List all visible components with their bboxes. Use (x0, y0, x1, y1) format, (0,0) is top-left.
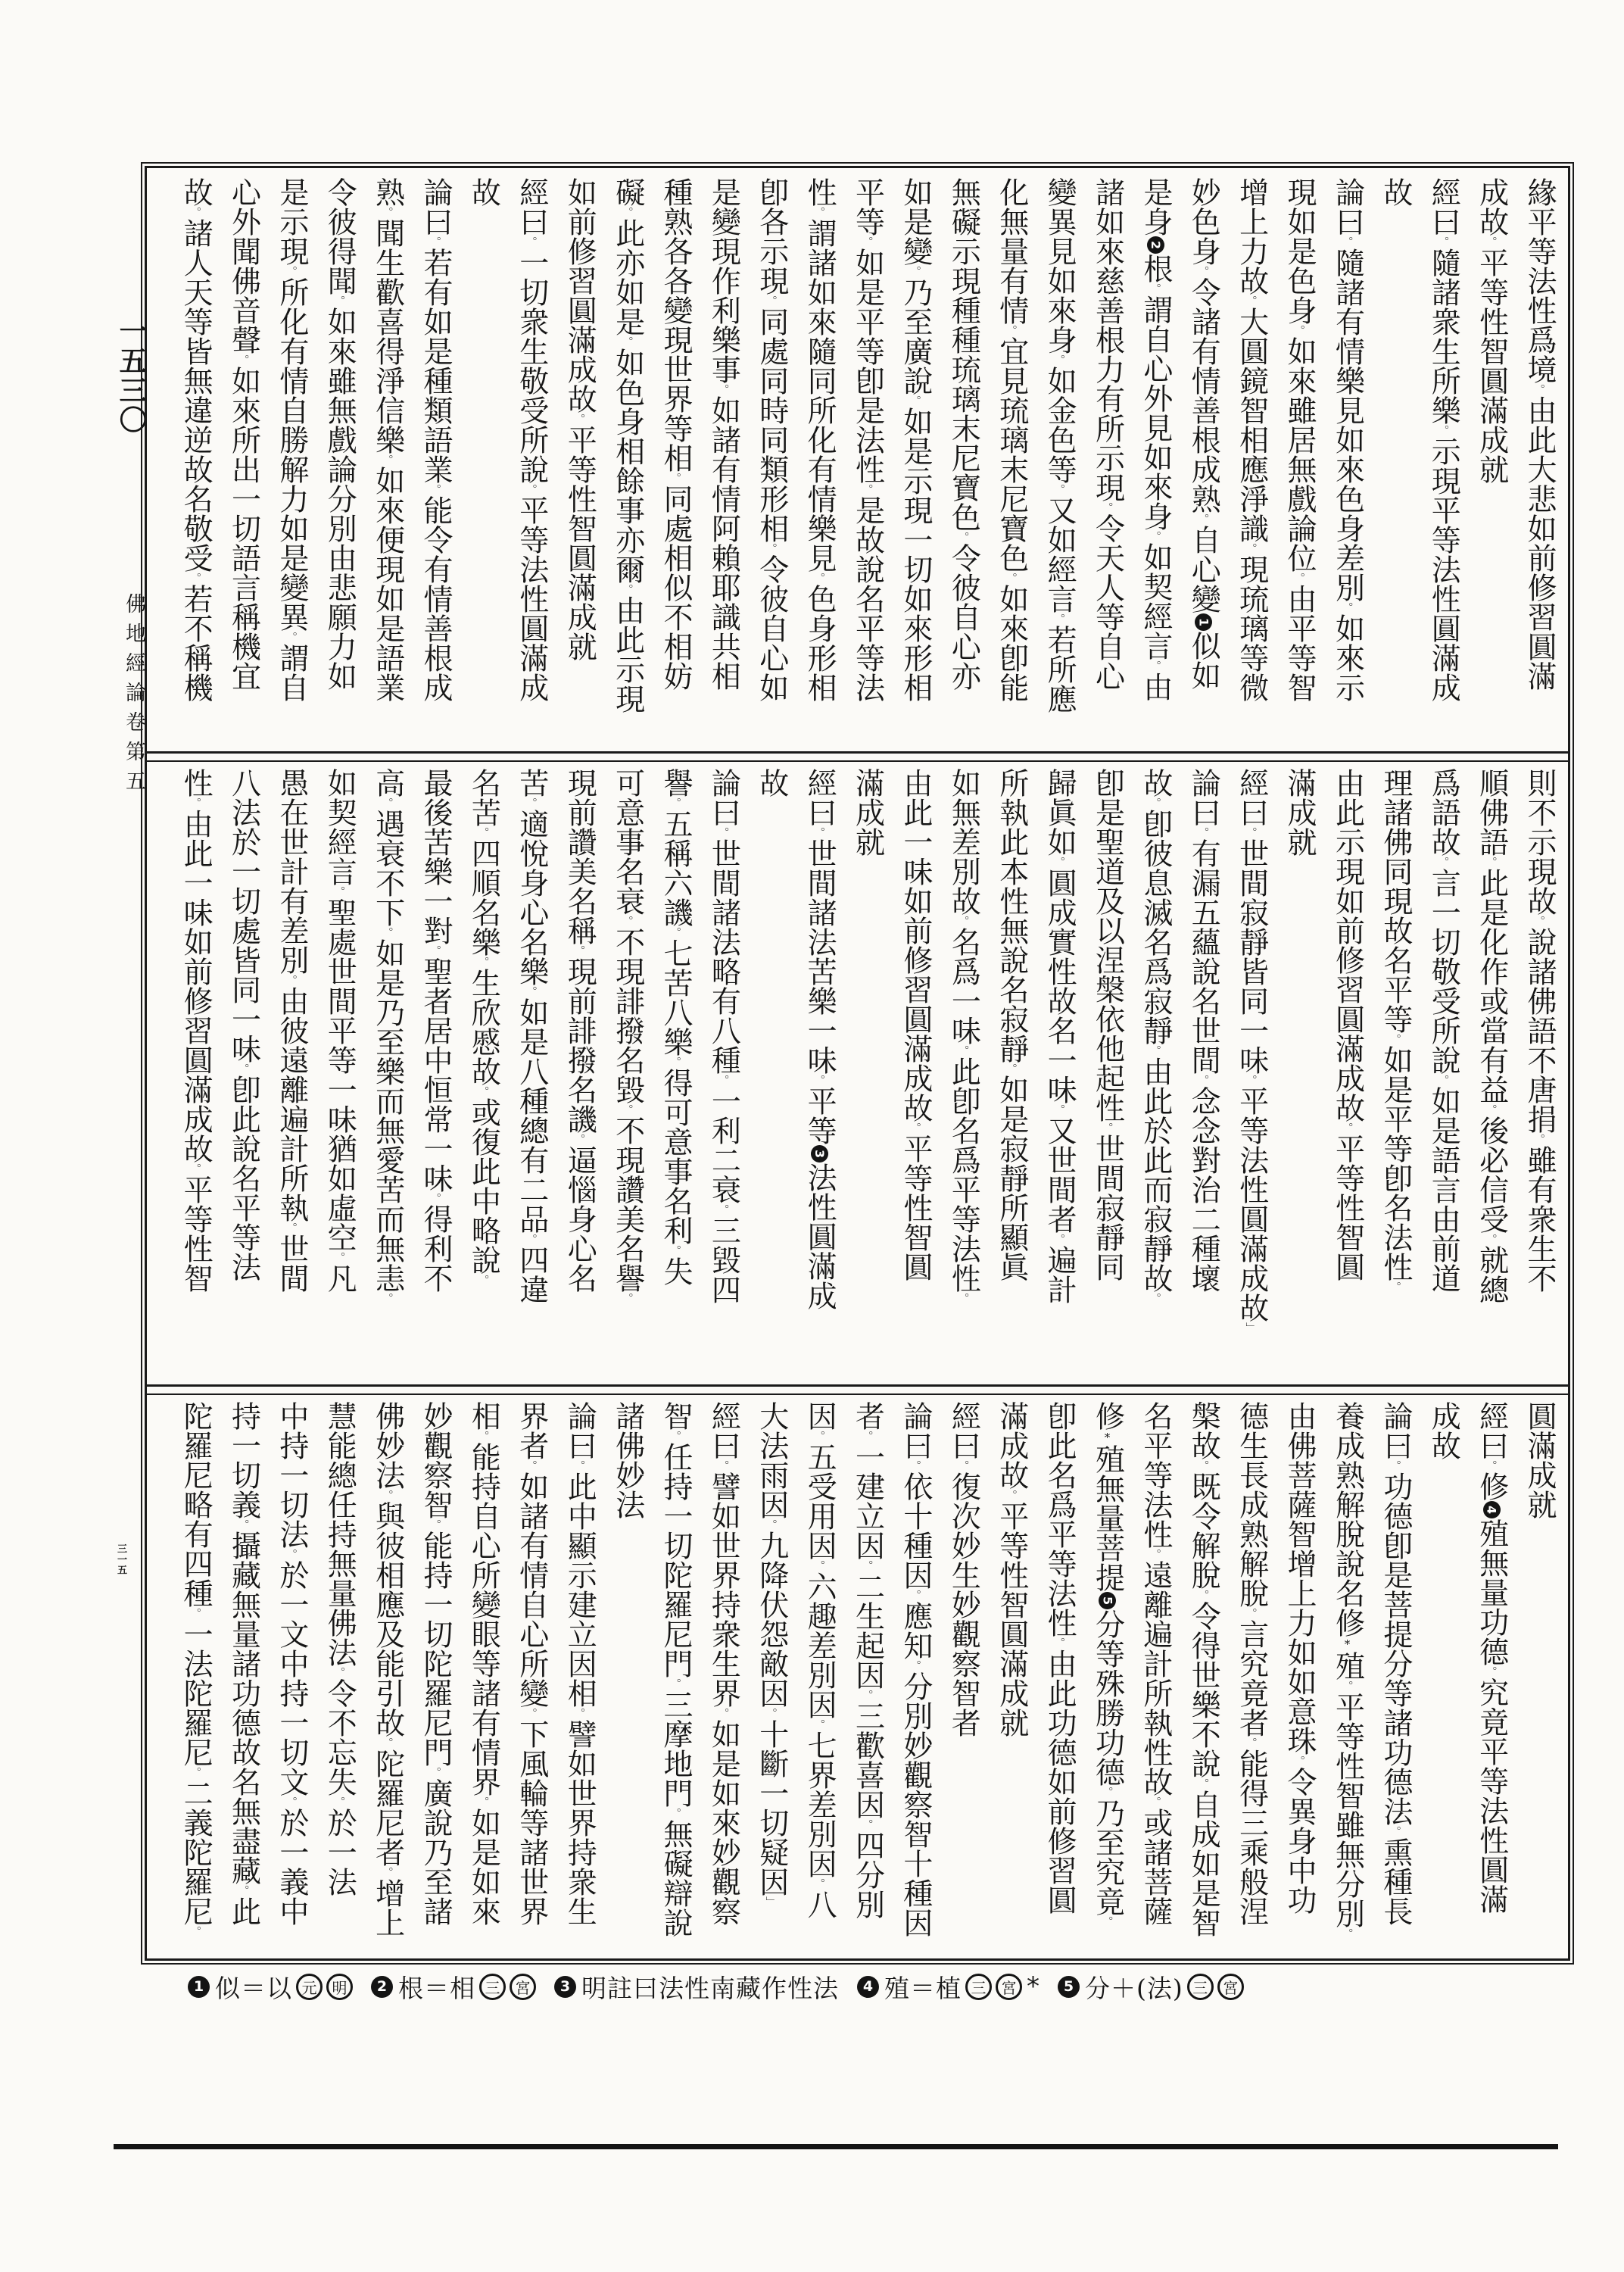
text-column: 論曰。若有如是種類語業。能令有情善根成 (412, 177, 460, 751)
text-column: 經曰。世間諸法苦樂一味。平等3法性圓滿成 (796, 768, 843, 1384)
text-column: 成故 (1420, 1401, 1467, 1958)
punctuation: 。 (861, 1431, 874, 1442)
text-column: 者。一建立因。二生起因。三歡喜因。四分別 (843, 1401, 891, 1958)
page-frame-inner: 緣平等法性爲境。由此大悲如前修習圓滿成故。平等性智圓滿成就經曰。隨諸衆生所樂。示… (145, 166, 1570, 1961)
text-column: 故。諸人天等皆無違逆故名敬受。若不稱機 (172, 177, 220, 751)
punctuation: 。 (1389, 1826, 1402, 1837)
text-column: 故 (460, 177, 507, 751)
text-column: 慧能總任持無量佛法。令不忘失。於一法 (316, 1401, 363, 1958)
punctuation: 。 (1340, 1122, 1354, 1134)
punctuation: 。 (716, 1460, 730, 1471)
text-column: 心外聞佛音聲。如來所出一切語言稱機宜 (220, 177, 267, 751)
punctuation: 。 (1149, 531, 1162, 542)
page-frame: 緣平等法性爲境。由此大悲如前修習圓滿成故。平等性智圓滿成就經曰。隨諸衆生所樂。示… (141, 162, 1574, 1965)
text-column: 故 (1371, 177, 1419, 751)
punctuation: 。 (332, 886, 346, 897)
punctuation: 。 (716, 1075, 730, 1086)
punctuation: 。 (956, 916, 970, 927)
text-column: 理諸佛同現故名平等。如是平等卽名法性。 (1371, 768, 1419, 1384)
punctuation: 。 (381, 207, 394, 218)
footnote-text: 似＝以 (215, 1969, 292, 2005)
punctuation: 。 (525, 1234, 538, 1245)
text-column: 如無差別故。名爲一味。此卽名爲平等法性。 (940, 768, 987, 1384)
scanned-sutra-page: 一五三〇 佛地經論卷第五 三一五 緣平等法性爲境。由此大悲如前修習圓滿成故。平等… (0, 0, 1624, 2272)
punctuation: 。 (669, 1056, 682, 1068)
text-column: 論曰。功德卽是菩提分等諸功德法。熏種長 (1371, 1401, 1419, 1958)
punctuation: * (1340, 1637, 1354, 1651)
punctuation: 。 (285, 1549, 298, 1560)
footnote-item: 5分＋(法)三宮 (1058, 1969, 1244, 2005)
punctuation: 。 (332, 1796, 346, 1808)
text-column: 最後苦樂一對。聖者居中恒常一味。得利不 (412, 768, 460, 1384)
punctuation: 。 (812, 1719, 826, 1731)
punctuation: 。 (332, 1252, 346, 1263)
punctuation: 。 (765, 543, 778, 554)
text-column: 大法雨因。九降伏怨敵因。十斷一切疑因」 (747, 1401, 795, 1958)
punctuation: 。 (861, 1690, 874, 1701)
text-column: 卽是聖道及以涅槃依他起性。世間寂靜同 (1083, 768, 1131, 1384)
text-column: 論曰。有漏五蘊說名世間。念念對治二種壞 (1180, 768, 1227, 1384)
text-column: 養成熟解脫說名修*殖。平等性智雖無分別。 (1323, 1401, 1371, 1958)
punctuation: 。 (1052, 484, 1066, 495)
punctuation: 。 (1149, 283, 1162, 295)
punctuation: 。 (1005, 325, 1018, 336)
punctuation: 。 (1052, 857, 1066, 868)
punctuation: 。 (189, 207, 202, 218)
punctuation: 。 (669, 797, 682, 809)
punctuation: 。 (429, 1767, 442, 1778)
punctuation: 。 (1292, 325, 1306, 336)
footnote-number-icon: 2 (371, 1976, 393, 1998)
punctuation: 。 (285, 266, 298, 277)
punctuation: 。 (1245, 1075, 1258, 1086)
text-column: 是身2根。謂自心外見如來身。如契經言。由 (1131, 177, 1179, 751)
punctuation: 。 (1245, 543, 1258, 554)
punctuation: 。 (1245, 1608, 1258, 1619)
text-column: 圓滿成就 (1516, 1401, 1563, 1958)
text-column: 種熟各各變現世界等相。同處相似不相妨 (652, 177, 700, 751)
punctuation: 。 (189, 797, 202, 809)
punctuation: 。 (716, 1708, 730, 1719)
punctuation: 。 (1532, 1134, 1546, 1145)
punctuation: 。 (956, 1293, 970, 1304)
punctuation: 。 (1389, 1281, 1402, 1293)
text-column: 愚在世計有差別。由彼遠離遍計所執。世間 (267, 768, 315, 1384)
punctuation: 。 (525, 236, 538, 248)
edition-siglum-icon: 宮 (510, 1974, 536, 2000)
punctuation: 。 (1436, 236, 1450, 248)
punctuation: 。 (1436, 1075, 1450, 1086)
text-column: 卽各示現。同處同時同類形相。令彼自心如 (747, 177, 795, 751)
punctuation: 。 (1532, 916, 1546, 927)
punctuation: 。 (1196, 266, 1210, 277)
punctuation: 。 (189, 573, 202, 584)
punctuation: * (1100, 1431, 1114, 1444)
punctuation: 。 (1532, 384, 1546, 395)
text-column: 名苦。四順名樂。生欣慼故。或復此中略說。 (460, 768, 507, 1384)
text-column: 增上力故。大圓鏡智相應淨識。現琉璃等微 (1227, 177, 1275, 751)
text-column: 滿成就 (1276, 768, 1323, 1384)
edition-siglum-icon: 宮 (996, 1974, 1022, 2000)
band-divider (147, 751, 1568, 762)
text-column: 高。遇衰不下。如是乃至樂而無愛苦而無恚。 (363, 768, 411, 1384)
punctuation: 。 (1100, 1916, 1114, 1927)
punctuation: 。 (621, 916, 634, 927)
footnote-marker-icon: 3 (811, 1145, 828, 1163)
punctuation: 。 (765, 295, 778, 307)
text-column: 由此示現如前修習圓滿成故。平等性智圓 (1323, 768, 1371, 1384)
punctuation: 。 (236, 354, 250, 366)
punctuation: 。 (1005, 573, 1018, 584)
text-column: 礙。此亦如是。如色身相餘事亦爾。由此示現 (603, 177, 651, 751)
punctuation: 。 (525, 484, 538, 495)
punctuation: 。 (1196, 827, 1210, 838)
punctuation: 。 (1149, 660, 1162, 672)
text-column: 由此一味如前修習圓滿成故。平等性智圓 (892, 768, 940, 1384)
punctuation: 。 (1196, 1778, 1210, 1790)
punctuation: 。 (189, 1767, 202, 1778)
text-column: 修*殖無量菩提5分等殊勝功德。乃至究竟。 (1083, 1401, 1131, 1958)
text-column: 是變現作利樂事。如諸有情阿賴耶識共相 (700, 177, 747, 751)
text-column: 歸眞如。圓成實性故名一味。又世間者。遍計 (1036, 768, 1083, 1384)
punctuation: 。 (1052, 1234, 1066, 1245)
text-column: 卽此名爲平等法性。由此功德如前修習圓 (1036, 1401, 1083, 1958)
text-column: 平等。如是平等卽是法性。是故說名平等法 (843, 177, 891, 751)
text-column: 妙色身。令諸有情善根成熟。自心變1似如 (1180, 177, 1227, 751)
punctuation: 。 (1196, 1590, 1210, 1601)
punctuation: 。 (285, 1796, 298, 1808)
text-column: 可意事名衰。不現誹撥名毀。不現讚美名譽。 (603, 768, 651, 1384)
punctuation: 。 (1389, 1034, 1402, 1045)
text-column: 槃故。既令解脫。令得世樂不說。自成如是智 (1180, 1401, 1227, 1958)
punctuation: 。 (765, 1708, 778, 1719)
punctuation: 。 (621, 207, 634, 218)
punctuation: 。 (332, 295, 346, 307)
punctuation: 。 (716, 827, 730, 838)
punctuation: 。 (669, 1808, 682, 1819)
punctuation: 。 (909, 266, 922, 277)
punctuation: 。 (1052, 354, 1066, 366)
text-column: 論曰。世間諸法略有八種。一利二衰。三毀四 (700, 768, 747, 1384)
punctuation: 。 (1340, 1928, 1354, 1940)
edition-siglum-icon: 三 (479, 1974, 506, 2000)
punctuation: 。 (476, 1431, 490, 1442)
footnote-marker-icon: 4 (1483, 1501, 1501, 1518)
punctuation: 。 (669, 473, 682, 484)
text-column: 性。由此一味如前修習圓滿成故。平等性智 (172, 768, 220, 1384)
punctuation: 。 (381, 1293, 394, 1304)
edition-siglum-icon: 明 (326, 1974, 353, 2000)
text-column: 由佛菩薩智增上力如如意珠。令異身中功 (1276, 1401, 1323, 1958)
punctuation: 。 (381, 1867, 394, 1878)
text-column: 八法於一切處皆同一味。卽此說名平等法 (220, 768, 267, 1384)
footnote-text: 根＝相 (398, 1969, 475, 2005)
punctuation: 。 (572, 414, 586, 425)
punctuation: 。 (1485, 1460, 1498, 1471)
footnote-row: 1似＝以元明2根＝相三宮3明註曰法性南藏作性法4殖＝植三宮*5分＋(法)三宮 (188, 1969, 1323, 2004)
punctuation: 。 (1149, 797, 1162, 809)
punctuation: 。 (429, 236, 442, 248)
punctuation: 。 (621, 1104, 634, 1116)
punctuation: 。 (812, 207, 826, 218)
punctuation: 。 (909, 1122, 922, 1134)
punctuation: 。 (572, 1708, 586, 1719)
punctuation: 。 (1340, 1681, 1354, 1692)
edition-siglum-icon: 元 (296, 1974, 323, 2000)
edition-siglum-icon: 宮 (1217, 1974, 1244, 2000)
footnote-number-icon: 1 (188, 1976, 210, 1998)
punctuation: 。 (1005, 1063, 1018, 1075)
punctuation: 。 (812, 1560, 826, 1571)
text-column: 持一切義。攝藏無量諸功德故名無盡藏。此 (220, 1401, 267, 1958)
punctuation: 。 (812, 573, 826, 584)
punctuation: 。 (476, 827, 490, 838)
text-column: 則不示現故。說諸佛語不唐捐。雖有衆生不 (1516, 768, 1563, 1384)
text-column: 諸如來慈善根力有所示現。令天人等自心 (1083, 177, 1131, 751)
text-column: 如是變。乃至廣說。如是示現一切如來形相 (892, 177, 940, 751)
punctuation: 。 (1436, 857, 1450, 868)
band-divider (147, 1384, 1568, 1395)
punctuation: 。 (1389, 1460, 1402, 1471)
text-column: 令彼得聞。如來雖無戲論分別由悲願力如 (316, 177, 363, 751)
punctuation: 。 (1100, 502, 1114, 513)
punctuation: 。 (1245, 827, 1258, 838)
text-column: 論曰。隨諸有情樂見如來色身差別。如來示 (1323, 177, 1371, 751)
footnote-text: 明註曰法性南藏作性法 (581, 1969, 839, 2005)
text-column: 論曰。此中顯示建立因相。譬如世界持衆生 (556, 1401, 603, 1958)
footnote-item: 3明註曰法性南藏作性法 (554, 1969, 839, 2005)
punctuation: 。 (476, 1796, 490, 1808)
punctuation: 。 (956, 1045, 970, 1056)
text-column: 是示現。所化有情自勝解力如是變異。謂自 (267, 177, 315, 751)
punctuation: 。 (381, 1737, 394, 1749)
text-column: 如前修習圓滿成故。平等性智圓滿成就 (556, 177, 603, 751)
punctuation: 。 (381, 927, 394, 938)
punctuation: 。 (1245, 1737, 1258, 1749)
punctuation: 。 (381, 797, 394, 809)
punctuation: 。 (381, 454, 394, 466)
text-column: 佛妙法。與彼相應及能引故。陀羅尼者。增上 (363, 1401, 411, 1958)
punctuation: 。 (669, 1431, 682, 1442)
punctuation: 。 (1100, 1122, 1114, 1134)
footnote-marker-icon: 1 (1195, 613, 1212, 631)
text-column: 滿成故。平等性智圓滿成就 (987, 1401, 1035, 1958)
punctuation: 。 (1149, 1549, 1162, 1560)
punctuation: 。 (285, 975, 298, 986)
punctuation: 。 (621, 1293, 634, 1304)
punctuation: 。 (429, 1519, 442, 1531)
text-column: 諸佛妙法 (603, 1401, 651, 1958)
punctuation: 。 (1052, 1637, 1066, 1649)
punctuation: 。 (909, 1460, 922, 1471)
footnote-item: 2根＝相三宮 (371, 1969, 536, 2005)
text-column: 滿成就 (843, 768, 891, 1384)
punctuation: 。 (1005, 1490, 1018, 1501)
text-column: 界者。如諸有情自心所變。下風輪等諸世界 (507, 1401, 555, 1958)
text-column: 苦。適悅身心名樂。如是八種總有二品。四違 (507, 768, 555, 1384)
punctuation: 。 (572, 945, 586, 957)
text-column: 緣平等法性爲境。由此大悲如前修習圓滿 (1516, 177, 1563, 751)
footnote-asterisk-icon: * (1027, 1971, 1040, 2002)
punctuation: 。 (669, 927, 682, 938)
text-column: 成故。平等性智圓滿成就 (1467, 177, 1515, 751)
punctuation: 。 (861, 484, 874, 495)
footnote-marker-icon: 2 (1147, 236, 1164, 254)
text-column: 化無量有情。宜見琉璃末尼寶色。如來卽能 (987, 177, 1035, 751)
punctuation: 。 (1436, 425, 1450, 436)
punctuation: 。 (1485, 1666, 1498, 1677)
text-column: 爲語故。言一切敬受所說。如是語言由前道 (1420, 768, 1467, 1384)
punctuation: 。 (236, 1885, 250, 1896)
text-column: 現前讚美名稱。現前誹撥名譏。逼惱身心名 (556, 768, 603, 1384)
punctuation: 。 (1196, 1460, 1210, 1471)
punctuation: 。 (1100, 1787, 1114, 1798)
punctuation: 。 (189, 1163, 202, 1175)
punctuation: 。 (236, 1519, 250, 1531)
punctuation: 」 (765, 1896, 778, 1908)
text-band-bottom: 圓滿成就經曰。修4殖無量功德。究竟平等法性圓滿成故論曰。功德卽是菩提分等諸功德法… (150, 1395, 1565, 1958)
punctuation: 。 (1196, 1075, 1210, 1086)
text-column: 經曰。修4殖無量功德。究竟平等法性圓滿 (1467, 1401, 1515, 1958)
text-column: 妙觀察智。能持一切陀羅尼門。廣說乃至諸 (412, 1401, 460, 1958)
punctuation: 。 (716, 384, 730, 395)
punctuation: 。 (812, 1878, 826, 1890)
footnote-text: 殖＝植 (884, 1969, 962, 2005)
text-column: 因。五受用因。六趣差別因。七界差別因。八 (796, 1401, 843, 1958)
text-column: 順佛語。此是化作或當有益。後必信受。就總 (1467, 768, 1515, 1384)
text-band-top: 緣平等法性爲境。由此大悲如前修習圓滿成故。平等性智圓滿成就經曰。隨諸衆生所樂。示… (150, 171, 1565, 751)
punctuation: 。 (765, 1519, 778, 1531)
punctuation: 。 (909, 1660, 922, 1671)
punctuation: 。 (189, 1926, 202, 1937)
punctuation: 。 (1149, 1796, 1162, 1808)
punctuation: 。 (189, 1608, 202, 1619)
punctuation: 。 (1052, 1104, 1066, 1116)
text-band-middle: 則不示現故。說諸佛語不唐捐。雖有衆生不順佛語。此是化作或當有益。後必信受。就總爲… (150, 762, 1565, 1384)
punctuation: 。 (1196, 513, 1210, 525)
punctuation: 。 (429, 945, 442, 957)
edition-siglum-icon: 三 (965, 1974, 992, 2000)
text-column: 經曰。一切衆生敬受所說。平等法性圓滿成 (507, 177, 555, 751)
punctuation: 。 (1149, 1293, 1162, 1304)
punctuation: 。 (861, 236, 874, 248)
punctuation: 。 (285, 1222, 298, 1234)
margin-page-number: 三一五 (114, 1543, 128, 1575)
punctuation: 。 (812, 1431, 826, 1442)
punctuation: 。 (429, 1193, 442, 1204)
punctuation: 。 (476, 1275, 490, 1286)
text-column: 經曰。譬如世界持衆生界。如是如來妙觀察 (700, 1401, 747, 1958)
punctuation: 。 (1485, 1104, 1498, 1116)
text-column: 所執此本性無說名寂靜。如是寂靜所顯眞 (987, 768, 1035, 1384)
punctuation: 。 (909, 395, 922, 407)
punctuation: 」 (1245, 1322, 1258, 1334)
text-column: 熟。聞生歡喜得淨信樂。如來便現如是語業 (363, 177, 411, 751)
punctuation: 。 (812, 1075, 826, 1086)
text-column: 變異見如來身。如金色等。又如經言。若所應 (1036, 177, 1083, 751)
footnote-number-icon: 5 (1058, 1976, 1080, 1998)
punctuation: 。 (621, 336, 634, 348)
punctuation: 。 (525, 986, 538, 997)
text-column: 名平等法性。遠離遍計所執性故。或諸菩薩 (1131, 1401, 1179, 1958)
punctuation: 。 (332, 1667, 346, 1678)
bottom-page-rule (114, 2144, 1558, 2149)
text-column: 論曰。依十種因。應知。分別妙觀察智十種因 (892, 1401, 940, 1958)
punctuation: 。 (909, 1590, 922, 1601)
footnote-number-icon: 4 (857, 1976, 879, 1998)
punctuation: 。 (1340, 236, 1354, 248)
punctuation: 。 (285, 632, 298, 643)
punctuation: 。 (956, 1460, 970, 1471)
text-column: 性。謂諸如來隨同所化有情樂見。色身形相 (796, 177, 843, 751)
text-column: 經曰。世間寂靜皆同一味。平等法性圓滿成故」 (1227, 768, 1275, 1384)
punctuation: 。 (1485, 236, 1498, 248)
text-column: 無礙示現種種琉璃末尼寶色。令彼自心亦 (940, 177, 987, 751)
text-column: 現如是色身。如來雖居無戲論位。由平等智 (1276, 177, 1323, 751)
text-column: 如契經言。聖處世間平等一味猶如虛空。凡 (316, 768, 363, 1384)
punctuation: 。 (861, 1560, 874, 1571)
text-column: 譽。五稱六譏。七苦八樂。得可意事名利。失 (652, 768, 700, 1384)
punctuation: 。 (812, 827, 826, 838)
punctuation: 。 (669, 1678, 682, 1690)
punctuation: 。 (429, 484, 442, 495)
punctuation: 。 (1052, 613, 1066, 625)
text-column: 中持一切法。於一文中持一切文。於一義中 (267, 1401, 315, 1958)
text-column: 相。能持自心所變眼等諸有情界。如是如來 (460, 1401, 507, 1958)
punctuation: 。 (572, 1134, 586, 1145)
text-column: 故 (747, 768, 795, 1384)
punctuation: 。 (525, 797, 538, 809)
punctuation: 。 (716, 1204, 730, 1216)
text-column: 經曰。復次妙生妙觀察智者 (940, 1401, 987, 1958)
punctuation: 。 (381, 1490, 394, 1501)
footnote-text: 分＋(法) (1085, 1969, 1183, 2005)
text-column: 經曰。隨諸衆生所樂。示現平等法性圓滿成 (1420, 177, 1467, 751)
footnote-item: 4殖＝植三宮* (857, 1969, 1040, 2005)
punctuation: 。 (621, 584, 634, 595)
punctuation: 。 (1485, 1234, 1498, 1245)
punctuation: 。 (669, 1245, 682, 1256)
footnote-number-icon: 3 (554, 1976, 576, 1998)
text-column: 陀羅尼略有四種。一法陀羅尼。二義陀羅尼。 (172, 1401, 220, 1958)
punctuation: 。 (1149, 1045, 1162, 1056)
punctuation: 。 (1485, 857, 1498, 868)
edition-siglum-icon: 三 (1187, 1974, 1214, 2000)
punctuation: 。 (236, 1063, 250, 1075)
punctuation: 。 (525, 1708, 538, 1719)
footnote-item: 1似＝以元明 (188, 1969, 353, 2005)
footnote-marker-icon: 5 (1099, 1592, 1116, 1609)
punctuation: 。 (1245, 295, 1258, 307)
punctuation: 。 (956, 532, 970, 543)
text-column: 智。任持一切陀羅尼門。三摩地門。無礙辯說 (652, 1401, 700, 1958)
punctuation: 。 (1292, 1755, 1306, 1767)
punctuation: 。 (1292, 573, 1306, 584)
punctuation: 。 (572, 1460, 586, 1471)
punctuation: 。 (1340, 602, 1354, 613)
punctuation: 。 (476, 957, 490, 968)
text-column: 德生長成熟解脫。言究竟者。能得三乘般涅 (1227, 1401, 1275, 1958)
punctuation: 。 (861, 1819, 874, 1830)
punctuation: 。 (476, 1086, 490, 1097)
punctuation: 。 (525, 1460, 538, 1471)
text-column: 故。卽彼息滅名爲寂靜。由此於此而寂靜故。 (1131, 768, 1179, 1384)
